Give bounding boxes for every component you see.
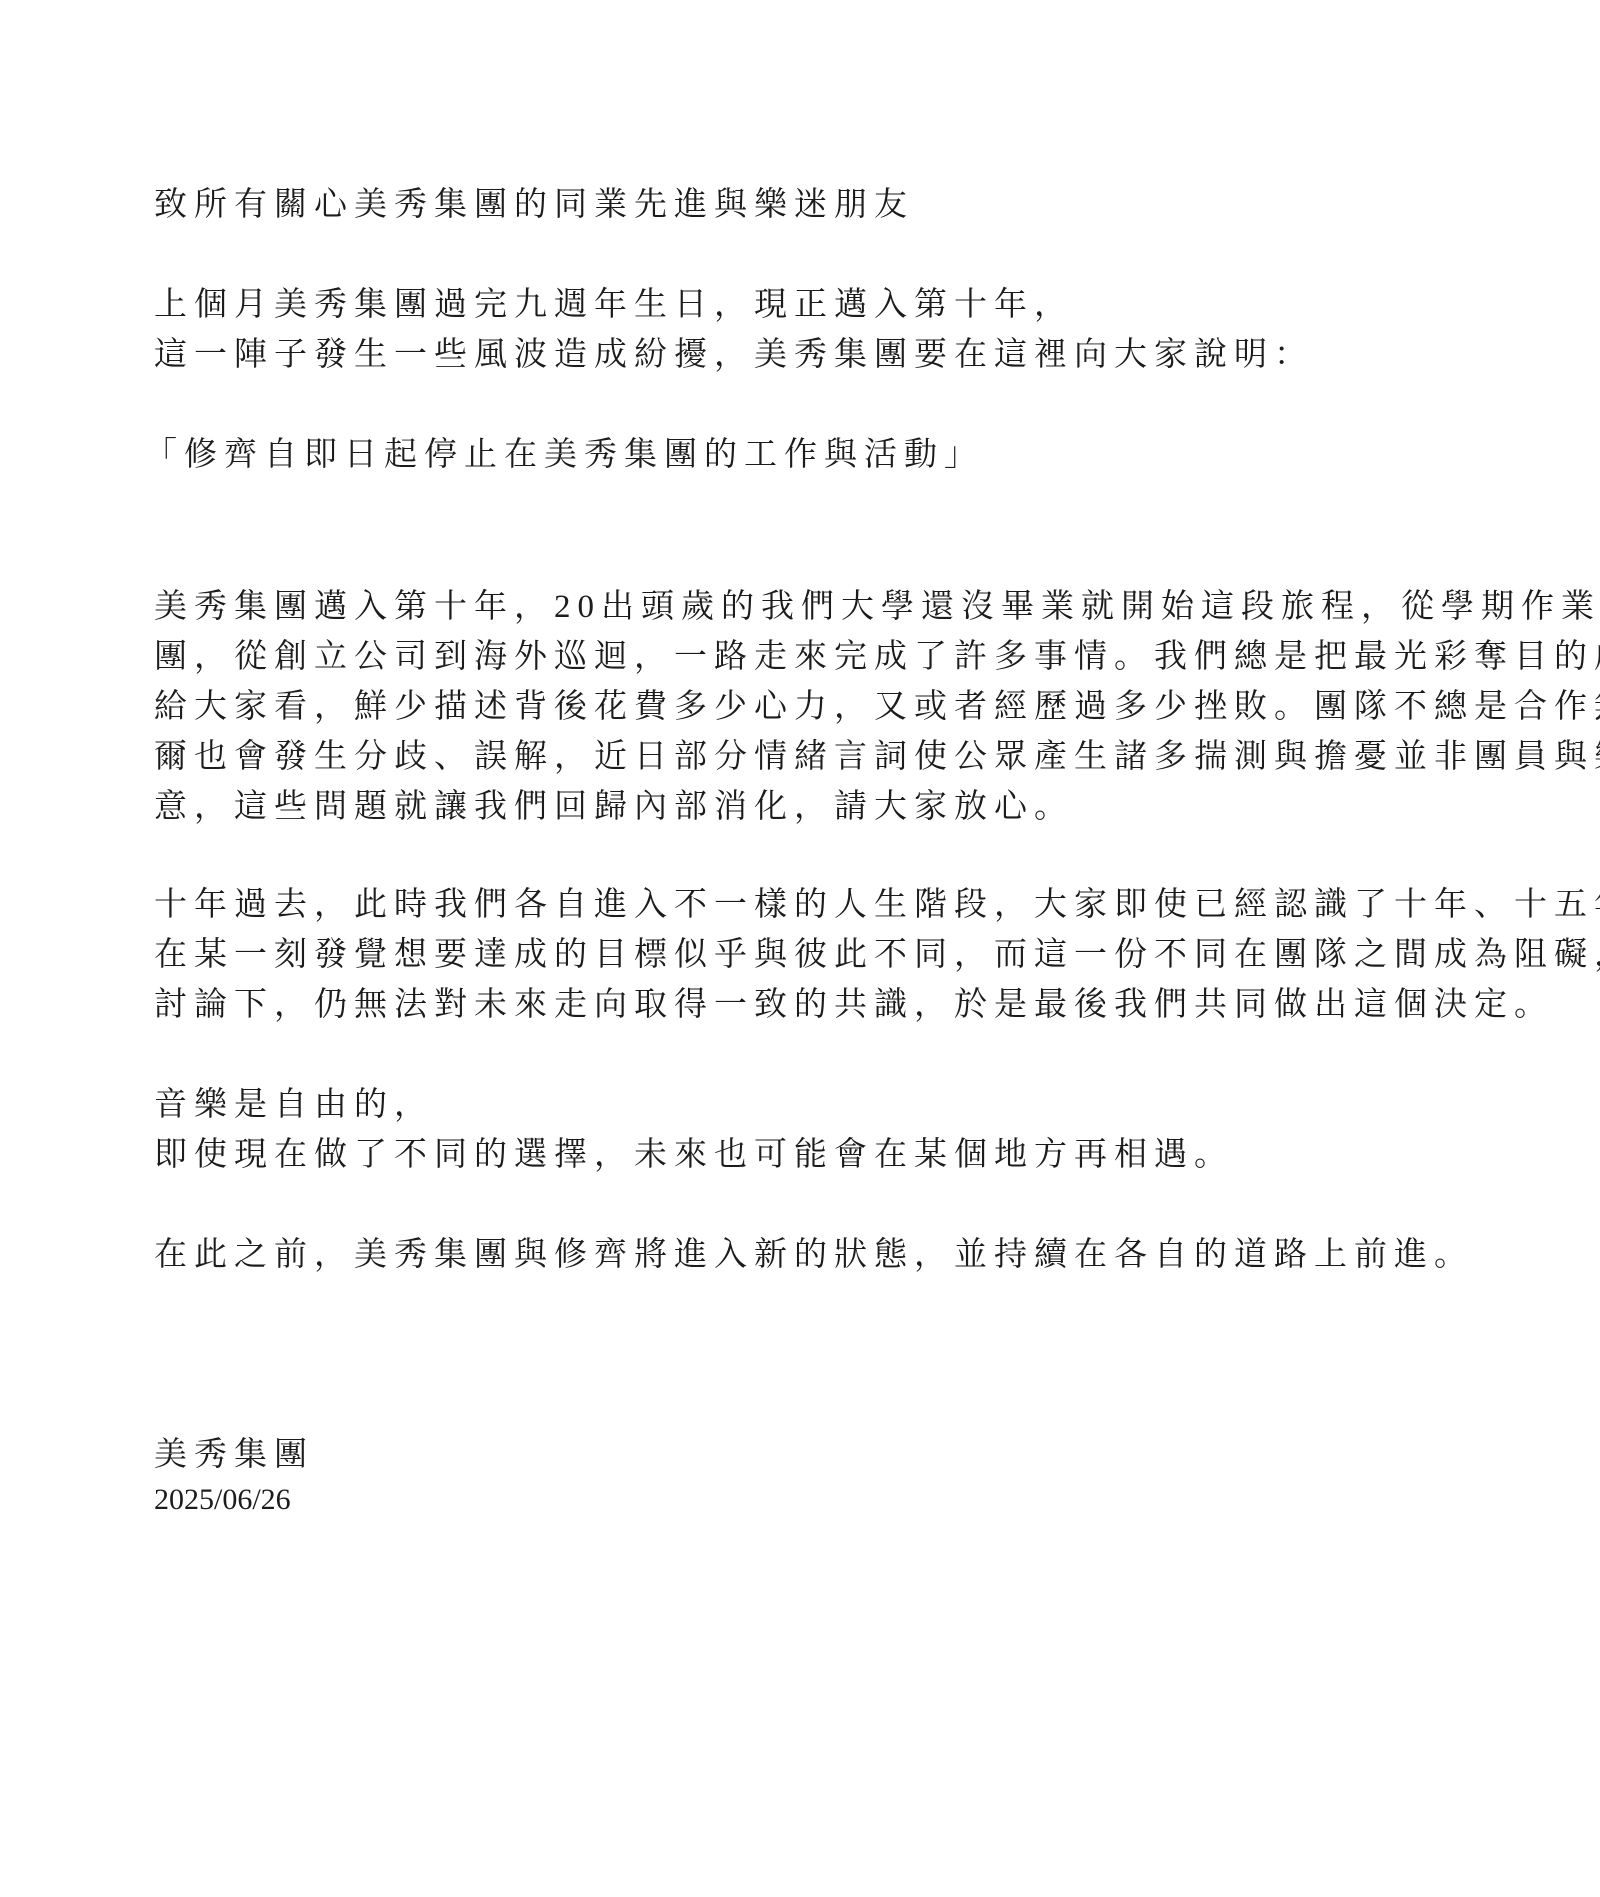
announcement-quote: 「修齊自即日起停止在美秀集團的工作與活動」 [144, 430, 984, 480]
paragraph4: 在此之前，美秀集團與修齊將進入新的狀態，並持續在各自的道路上前進。 [154, 1230, 1474, 1280]
intro-line-2: 這一陣子發生一些風波造成紛擾，美秀集團要在這裡向大家說明： [154, 330, 1314, 380]
paragraph2-line-2: 在某一刻發覺想要達成的目標似乎與彼此不同，而這一份不同在團隊之間成為阻礙，在幾經 [154, 930, 1600, 980]
paragraph1-line-1: 美秀集團邁入第十年，20出頭歲的我們大學還沒畢業就開始這段旅程，從學期作業到全職… [154, 582, 1600, 632]
statement-page: 致所有關心美秀集團的同業先進與樂迷朋友 上個月美秀集團過完九週年生日，現正邁入第… [0, 0, 1600, 1897]
intro-line-1: 上個月美秀集團過完九週年生日，現正邁入第十年， [154, 280, 1074, 330]
salutation: 致所有關心美秀集團的同業先進與樂迷朋友 [154, 180, 914, 230]
signature-name: 美秀集團 [154, 1430, 314, 1480]
paragraph1-line-2: 團，從創立公司到海外巡迴，一路走來完成了許多事情。我們總是把最光彩奪目的成果展現 [154, 632, 1600, 682]
paragraph3-line-1: 音樂是自由的， [154, 1080, 434, 1130]
paragraph1-line-3: 給大家看，鮮少描述背後花費多少心力，又或者經歷過多少挫敗。團隊不總是合作無間，偶 [154, 682, 1600, 732]
paragraph2-line-1: 十年過去，此時我們各自進入不一樣的人生階段，大家即使已經認識了十年、十五年，也會 [154, 880, 1600, 930]
paragraph3-line-2: 即使現在做了不同的選擇，未來也可能會在某個地方再相遇。 [154, 1130, 1234, 1180]
paragraph1-line-4: 爾也會發生分歧、誤解，近日部分情緒言詞使公眾產生諸多揣測與擔憂並非團員與樂團的本 [154, 732, 1600, 782]
paragraph2-line-3: 討論下，仍無法對未來走向取得一致的共識，於是最後我們共同做出這個決定。 [154, 980, 1554, 1030]
paragraph1-line-5: 意，這些問題就讓我們回歸內部消化，請大家放心。 [154, 782, 1074, 832]
signature-date: 2025/06/26 [154, 1475, 291, 1525]
